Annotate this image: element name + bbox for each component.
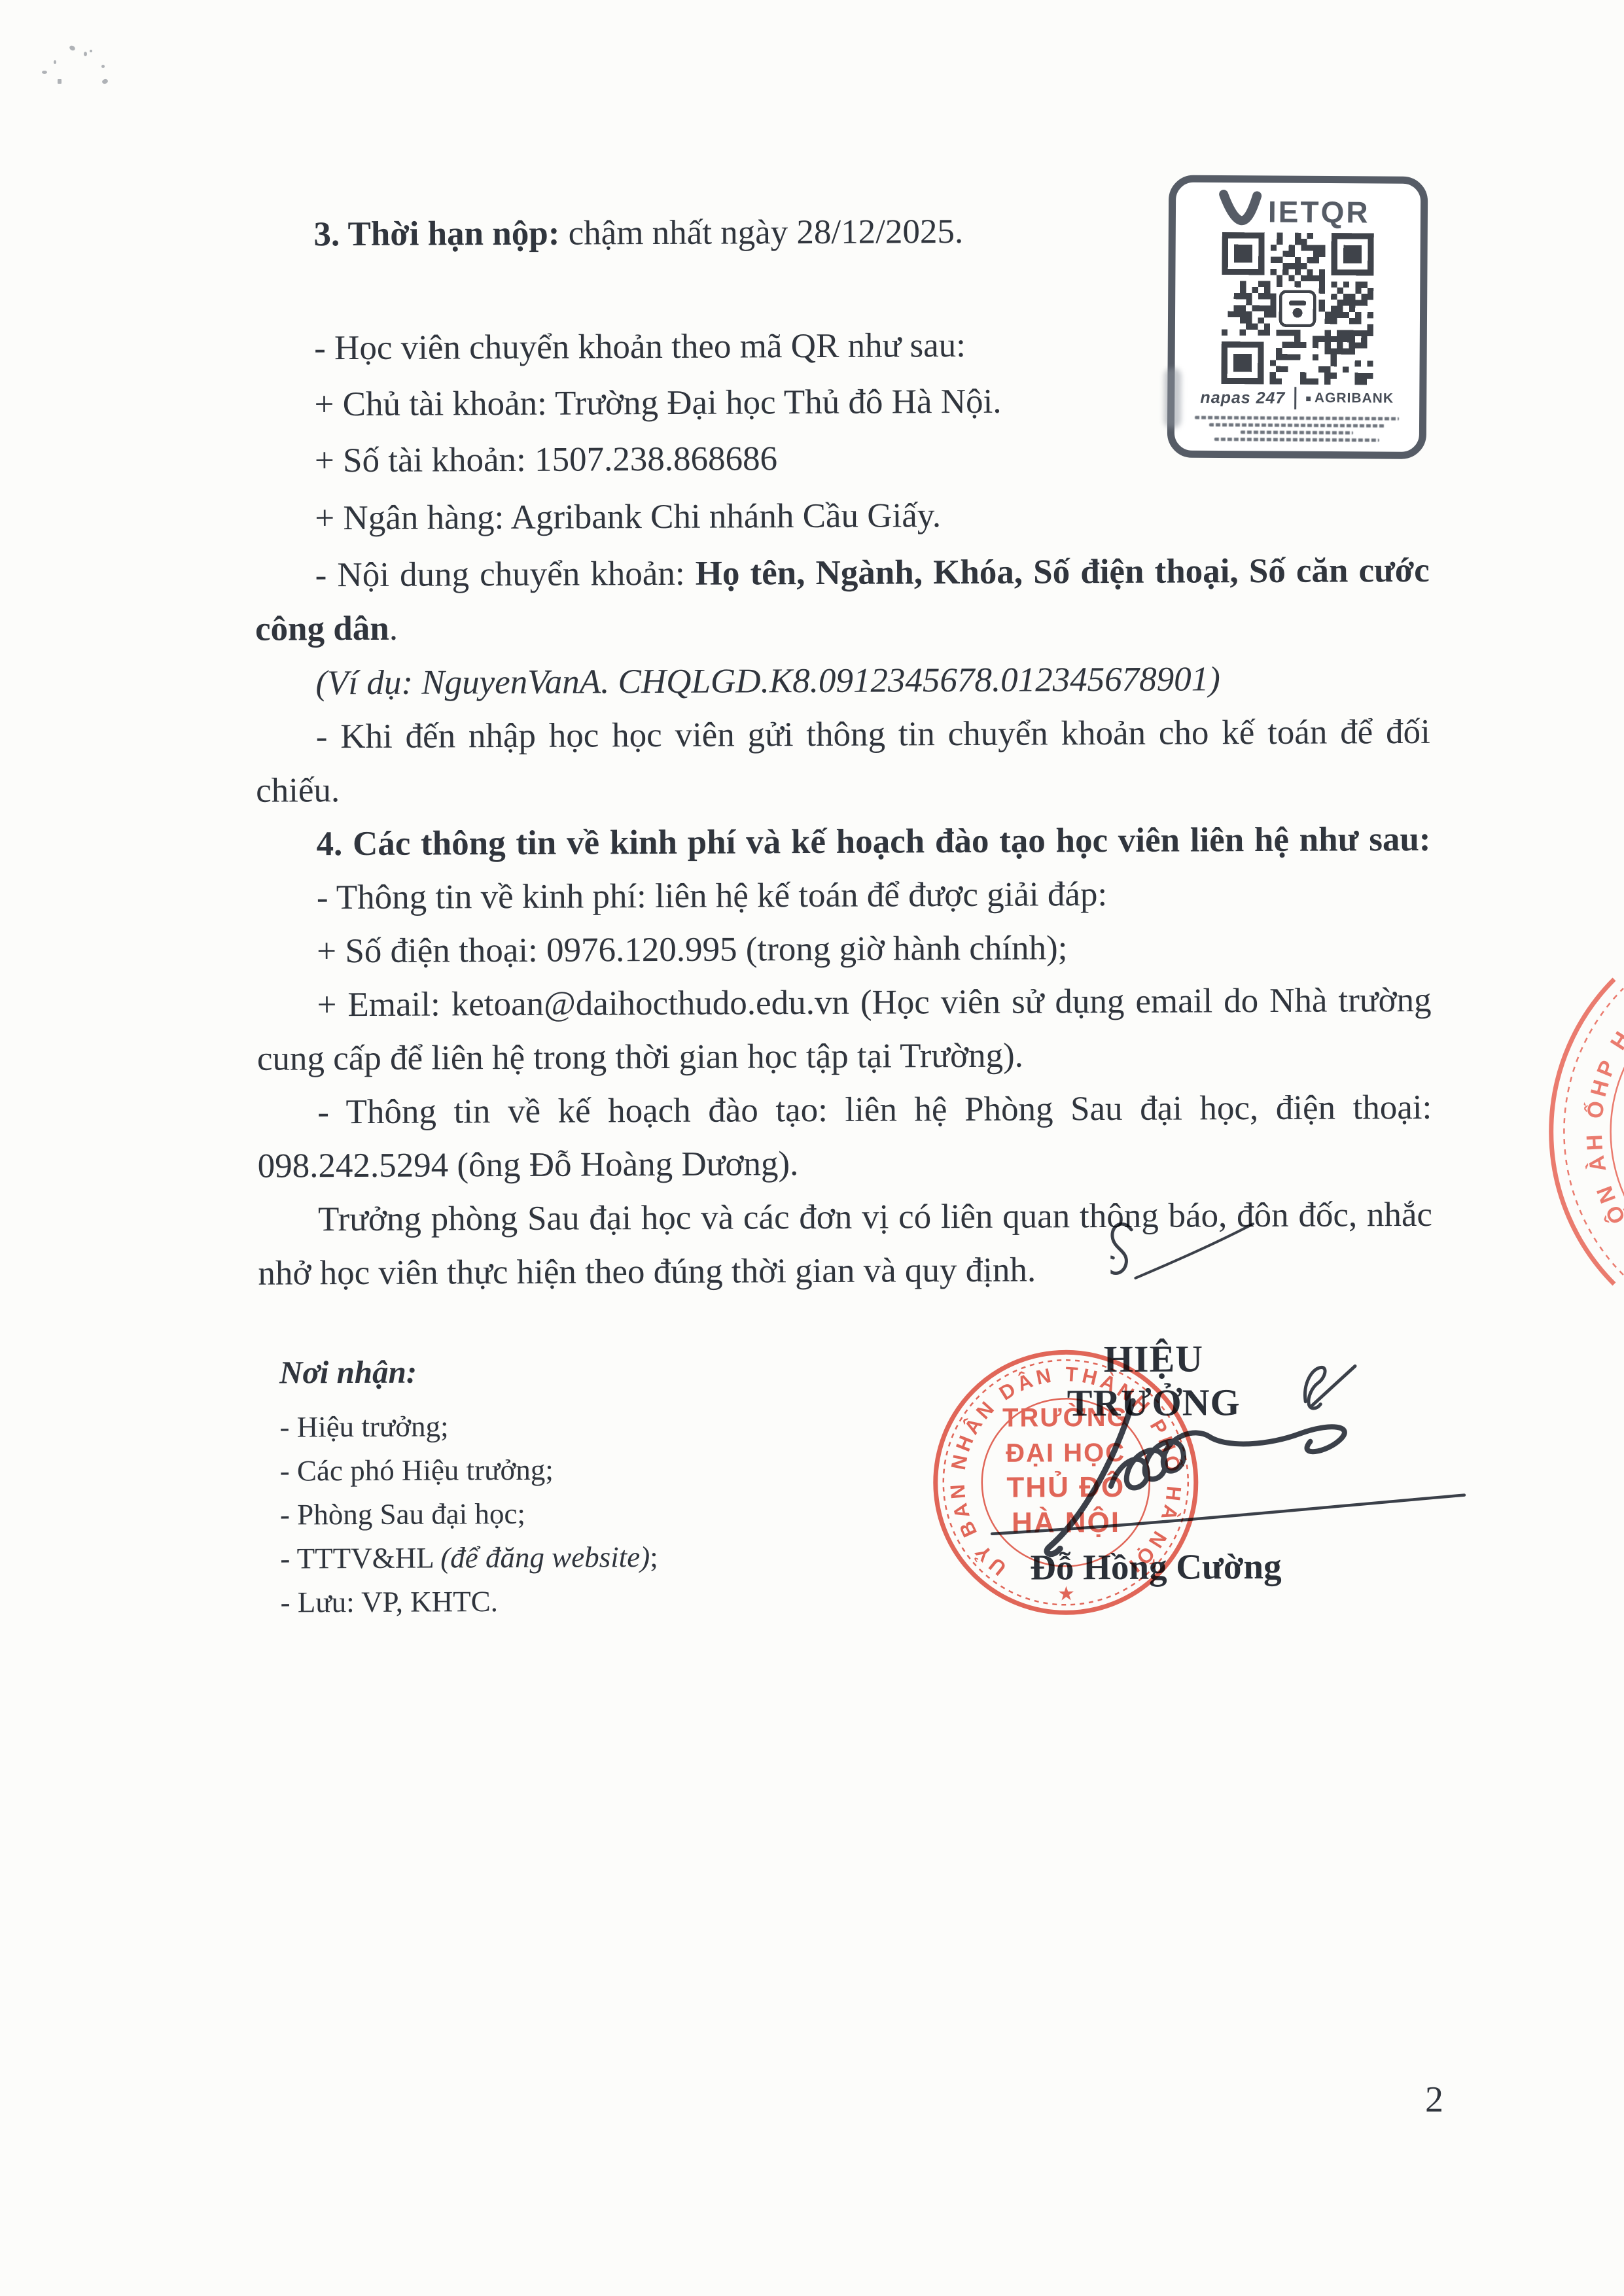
- text-run: chậm nhất ngày 28/12/2025.: [569, 213, 964, 252]
- text-line: (Ví dụ: NguyenVanA. CHQLGD.K8.0912345678…: [255, 652, 1430, 710]
- vietqr-card: IETQR napas 247 ■AGRIBANK: [1167, 175, 1428, 459]
- text-line: + Email: ketoan@daihocthudo.edu.vn (Học …: [256, 973, 1431, 1032]
- recipients-title: Nơi nhận:: [279, 1352, 658, 1391]
- paragraph: - Khi đến nhập học học viên gửi thông ti…: [256, 705, 1431, 818]
- text-run: - Hiệu trưởng;: [279, 1410, 448, 1443]
- scan-speck: [90, 50, 92, 52]
- text-run: + Số điện thoại: 0976.120.995 (trong giờ…: [317, 929, 1067, 970]
- text-run: 3. Thời hạn nộp:: [313, 215, 568, 254]
- signer-name: Đỗ Hồng Cường: [1010, 1546, 1301, 1588]
- recipients-list: - Hiệu trưởng;- Các phó Hiệu trưởng;- Ph…: [279, 1404, 658, 1625]
- text-run: nhở học viên thực hiện theo đúng thời gi…: [258, 1251, 1036, 1293]
- text-run: - Học viên chuyển khoản theo mã QR như s…: [314, 326, 966, 367]
- recipient-item: - Các phó Hiệu trưởng;: [280, 1448, 658, 1493]
- vietqr-v-icon: [1224, 194, 1257, 220]
- text-run: (để đăng website): [440, 1540, 650, 1574]
- text-line: - Nội dung chuyển khoản: Họ tên, Ngành, …: [255, 544, 1430, 602]
- text-run: + Chủ tài khoản: Trường Đại học Thủ đô H…: [314, 383, 1001, 424]
- text-run: - Lưu: VP, KHTC.: [280, 1585, 498, 1618]
- napas-logo: napas 247: [1200, 388, 1285, 408]
- text-line: 4. Các thông tin về kinh phí và kế hoạch…: [256, 812, 1430, 871]
- text-run: - Phòng Sau đại học;: [280, 1497, 525, 1531]
- divider: [1294, 387, 1296, 409]
- qr-code: [1221, 232, 1373, 385]
- edge-stamp-fragment: ỘN ÀH ỐHP H: [1485, 948, 1624, 1315]
- qr-fineprint-line: [1209, 423, 1385, 428]
- text-run: (Ví dụ: NguyenVanA. CHQLGD.K8.0912345678…: [315, 660, 1220, 702]
- recipient-item: - TTTV&HL (để đăng website);: [280, 1535, 658, 1581]
- text-run: - Thông tin về kinh phí: liên hệ kế toán…: [317, 875, 1108, 916]
- text-run: - Nội dung chuyển khoản:: [315, 555, 696, 595]
- text-run: 098.242.5294 (ông Đỗ Hoàng Dương).: [258, 1145, 799, 1185]
- qr-fineprint-line: [1195, 416, 1399, 421]
- scan-speck: [54, 60, 56, 64]
- text-run: - Thông tin về kế hoạch đào tạo: liên hệ…: [317, 1088, 1432, 1131]
- text-run: cung cấp để liên hệ trong thời gian học …: [257, 1037, 1023, 1078]
- text-line: cung cấp để liên hệ trong thời gian học …: [257, 1027, 1432, 1086]
- text-run: + Ngân hàng: Agribank Chi nhánh Cầu Giấy…: [315, 496, 941, 537]
- text-run: Họ tên, Ngành, Khóa, Số điện thoại, Số c…: [696, 551, 1430, 593]
- recipients-block: Nơi nhận: - Hiệu trưởng;- Các phó Hiệu t…: [279, 1352, 658, 1625]
- scan-speck: [101, 65, 105, 68]
- qr-network-row: napas 247 ■AGRIBANK: [1174, 385, 1419, 411]
- vietqr-brand-text: IETQR: [1268, 194, 1370, 229]
- paragraph: + Ngân hàng: Agribank Chi nhánh Cầu Giấy…: [255, 487, 1429, 546]
- recipient-item: - Lưu: VP, KHTC.: [280, 1579, 658, 1625]
- vietqr-logo: IETQR: [1216, 188, 1381, 230]
- qr-fineprint-line: [1214, 438, 1379, 442]
- text-line: chiếu.: [256, 759, 1430, 818]
- text-line: + Ngân hàng: Agribank Chi nhánh Cầu Giấy…: [255, 487, 1429, 546]
- recipient-item: - Hiệu trưởng;: [279, 1404, 658, 1450]
- text-run: công dân: [255, 610, 389, 648]
- scan-speck: [58, 79, 62, 84]
- text-run: + Email: ketoan@daihocthudo.edu.vn (Học …: [317, 981, 1431, 1024]
- paragraph: - Thông tin về kinh phí: liên hệ kế toán…: [256, 866, 1431, 925]
- text-run: - Khi đến nhập học học viên gửi thông ti…: [316, 713, 1430, 756]
- text-run: ;: [650, 1540, 658, 1573]
- paragraph: - Nội dung chuyển khoản: Họ tên, Ngành, …: [255, 544, 1430, 656]
- agribank-square-icon: ■: [1305, 394, 1312, 403]
- text-line: 098.242.5294 (ông Đỗ Hoàng Dương).: [257, 1134, 1432, 1193]
- handwritten-signature: [972, 1383, 1496, 1562]
- text-run: - TTTV&HL: [280, 1541, 440, 1574]
- page-number: 2: [1425, 2079, 1443, 2121]
- text-run: 4. Các thông tin về kinh phí và kế hoạch…: [316, 820, 1430, 863]
- paragraph: + Số điện thoại: 0976.120.995 (trong giờ…: [256, 920, 1431, 979]
- initials-paraph: [1110, 1213, 1262, 1296]
- paragraph: - Thông tin về kế hoạch đào tạo: liên hệ…: [257, 1081, 1432, 1193]
- text-run: - Các phó Hiệu trưởng;: [280, 1453, 554, 1487]
- scan-speck: [84, 52, 87, 56]
- qr-fineprint-line: [1241, 430, 1353, 434]
- paragraph: (Ví dụ: NguyenVanA. CHQLGD.K8.0912345678…: [255, 652, 1430, 710]
- paragraph: + Email: ketoan@daihocthudo.edu.vn (Học …: [256, 973, 1432, 1086]
- scanned-document-page: 3. Thời hạn nộp: chậm nhất ngày 28/12/20…: [0, 0, 1624, 2296]
- scan-speck: [42, 71, 47, 74]
- text-run: .: [389, 610, 398, 648]
- agribank-logo: ■AGRIBANK: [1305, 391, 1394, 407]
- recipient-item: - Phòng Sau đại học;: [280, 1491, 658, 1537]
- text-run: chiếu.: [256, 771, 340, 810]
- paragraph: 4. Các thông tin về kinh phí và kế hoạch…: [256, 812, 1430, 871]
- text-line: - Thông tin về kinh phí: liên hệ kế toán…: [256, 866, 1431, 925]
- text-line: - Thông tin về kế hoạch đào tạo: liên hệ…: [257, 1081, 1432, 1139]
- agribank-label: AGRIBANK: [1315, 391, 1394, 407]
- text-line: công dân.: [255, 597, 1430, 656]
- scan-content: 3. Thời hạn nộp: chậm nhất ngày 28/12/20…: [0, 0, 1624, 2296]
- text-line: - Khi đến nhập học học viên gửi thông ti…: [256, 705, 1430, 764]
- edge-stamp-text: ỘN ÀH ỐHP H: [1581, 1023, 1624, 1228]
- text-line: + Số điện thoại: 0976.120.995 (trong giờ…: [256, 920, 1431, 979]
- text-run: Trưởng phòng Sau đại học và các đơn vị c…: [318, 1196, 1432, 1238]
- text-run: + Số tài khoản: 1507.238.868686: [315, 440, 777, 479]
